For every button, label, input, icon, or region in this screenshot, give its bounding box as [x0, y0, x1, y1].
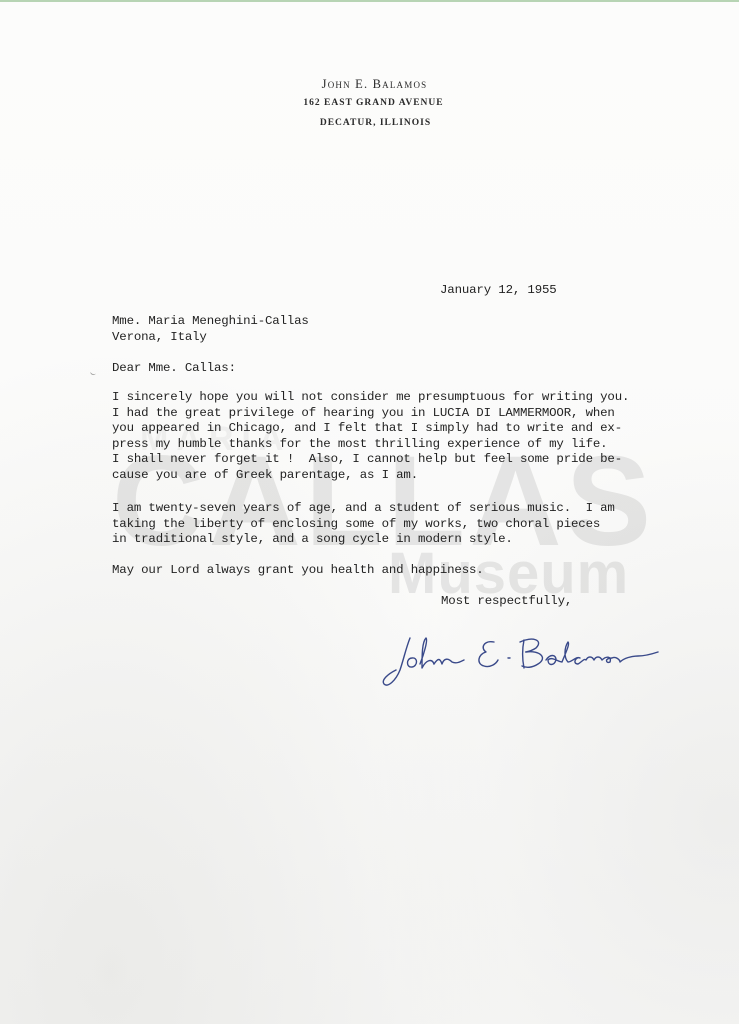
body-line: you appeared in Chicago, and I felt that…	[112, 421, 622, 435]
body-line: I sincerely hope you will not consider m…	[112, 390, 629, 404]
handwritten-signature: John E. Balamos	[376, 626, 676, 696]
recipient-name: Mme. Maria Meneghini-Callas	[112, 314, 309, 328]
body-line: May our Lord always grant you health and…	[112, 563, 484, 577]
body-line: press my humble thanks for the most thri…	[112, 437, 607, 451]
letterhead: John E. Balamos 162 EAST GRAND AVENUE DE…	[0, 74, 739, 132]
body-paragraph-1: I sincerely hope you will not consider m…	[112, 390, 629, 484]
letterhead-street: 162 EAST GRAND AVENUE	[8, 94, 739, 114]
body-line: I had the great privilege of hearing you…	[112, 406, 615, 420]
body-line: I am twenty-seven years of age, and a st…	[112, 501, 615, 515]
signature-icon	[376, 626, 676, 696]
body-paragraph-3: May our Lord always grant you health and…	[112, 563, 484, 579]
recipient-address: Mme. Maria Meneghini-Callas Verona, Ital…	[112, 314, 309, 345]
letterhead-name: John E. Balamos	[10, 74, 739, 94]
body-line: I shall never forget it ! Also, I cannot…	[112, 452, 622, 466]
body-line: cause you are of Greek parentage, as I a…	[112, 468, 418, 482]
body-line: taking the liberty of enclosing some of …	[112, 517, 600, 531]
salutation: Dear Mme. Callas:	[112, 361, 236, 377]
closing: Most respectfully,	[441, 594, 572, 610]
letter-date: January 12, 1955	[440, 283, 557, 299]
body-paragraph-2: I am twenty-seven years of age, and a st…	[112, 501, 615, 548]
recipient-location: Verona, Italy	[112, 330, 207, 344]
letterhead-city: DECATUR, ILLINOIS	[12, 114, 739, 132]
body-line: in traditional style, and a song cycle i…	[112, 532, 513, 546]
